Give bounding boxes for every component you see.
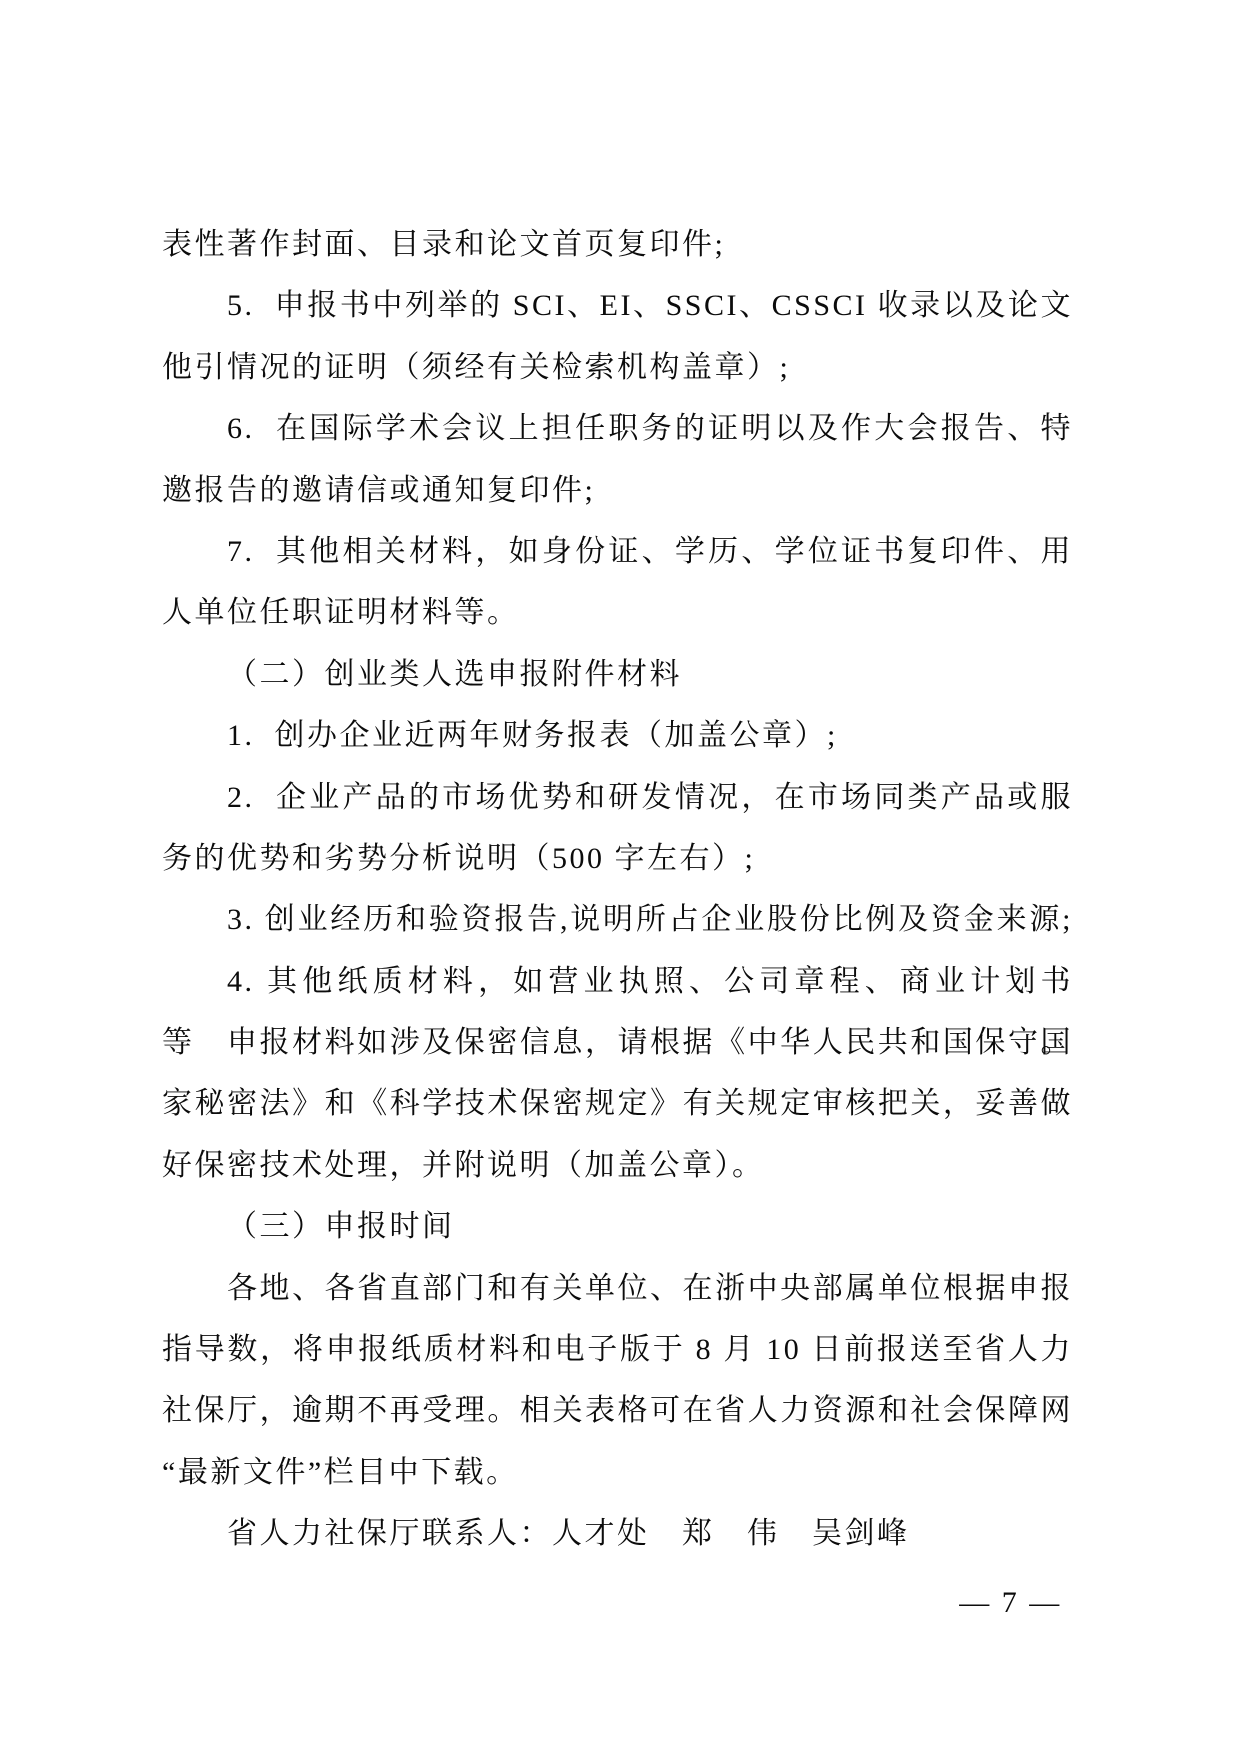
doc-line: 3. 创业经历和验资报告,说明所占企业股份比例及资金来源; — [162, 889, 1073, 950]
doc-line: 人单位任职证明材料等。 — [162, 582, 1073, 643]
doc-line: 7. 其他相关材料，如身份证、学历、学位证书复印件、用 — [162, 521, 1073, 582]
doc-line: 指导数，将申报纸质材料和电子版于 8 月 10 日前报送至省人力 — [162, 1319, 1073, 1380]
page-number: — 7 — — [948, 1573, 1073, 1633]
document-page: 表性著作封面、目录和论文首页复印件;5. 申报书中列举的 SCI、EI、SSCI… — [0, 0, 1240, 1754]
doc-line: 1. 创办企业近两年财务报表（加盖公章）; — [162, 705, 1073, 766]
doc-line: 表性著作封面、目录和论文首页复印件; — [162, 214, 1073, 275]
doc-line: 申报材料如涉及保密信息，请根据《中华人民共和国保守国 — [162, 1012, 1073, 1073]
doc-line: 他引情况的证明（须经有关检索机构盖章）; — [162, 337, 1073, 398]
doc-line: 家秘密法》和《科学技术保密规定》有关规定审核把关，妥善做 — [162, 1073, 1073, 1134]
doc-line: 5. 申报书中列举的 SCI、EI、SSCI、CSSCI 收录以及论文 — [162, 275, 1073, 336]
doc-line: 邀报告的邀请信或通知复印件; — [162, 460, 1073, 521]
doc-line: 好保密技术处理，并附说明（加盖公章）。 — [162, 1135, 1073, 1196]
document-body: 表性著作封面、目录和论文首页复印件;5. 申报书中列举的 SCI、EI、SSCI… — [162, 214, 1073, 1565]
doc-line: “最新文件”栏目中下载。 — [162, 1442, 1073, 1503]
doc-line: 6. 在国际学术会议上担任职务的证明以及作大会报告、特 — [162, 398, 1073, 459]
doc-line: 2. 企业产品的市场优势和研发情况，在市场同类产品或服 — [162, 767, 1073, 828]
doc-line: 省人力社保厅联系人：人才处 郑 伟 吴剑峰 — [162, 1503, 1073, 1564]
doc-line: 4. 其他纸质材料，如营业执照、公司章程、商业计划书等。 — [162, 951, 1073, 1012]
doc-line: 各地、各省直部门和有关单位、在浙中央部属单位根据申报 — [162, 1258, 1073, 1319]
doc-line: 务的优势和劣势分析说明（500 字左右）; — [162, 828, 1073, 889]
doc-line: 社保厅，逾期不再受理。相关表格可在省人力资源和社会保障网 — [162, 1380, 1073, 1441]
section-heading: （二）创业类人选申报附件材料 — [162, 644, 1073, 705]
section-heading: （三）申报时间 — [162, 1196, 1073, 1257]
